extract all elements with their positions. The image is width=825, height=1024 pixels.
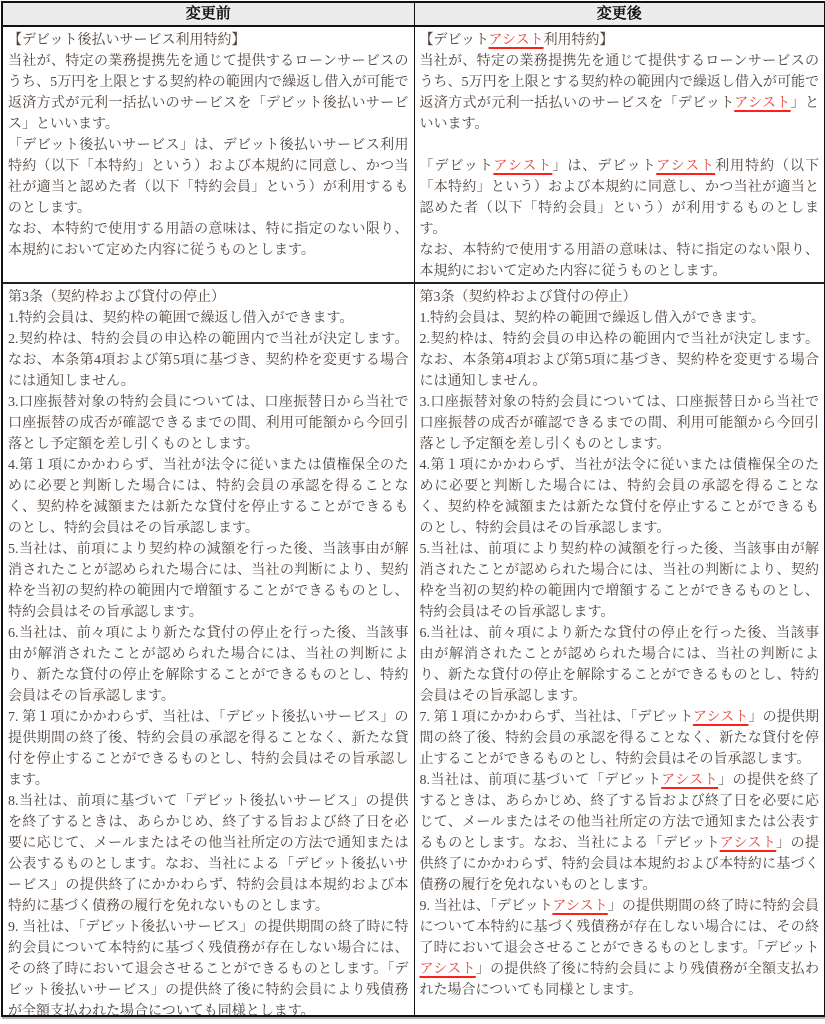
text-run: なお、本特約で使用する用語の意味は、特に指定のない限り、本規約において定めた内容… <box>420 243 820 279</box>
paragraph: 2.契約枠は、特約会員の申込枠の範囲内で当社が決定します。なお、本条第4項および… <box>420 329 820 392</box>
text-run: 1.特約会員は、契約枠の範囲で繰返し借入ができます。 <box>8 311 353 326</box>
text-run: 利用特約】 <box>544 33 614 48</box>
text-run: 5.当社は、前項により契約枠の減額を行った後、当該事由が解消されたことが認められ… <box>8 542 409 620</box>
cell-before-terms-intro: 【デビット後払いサービス利用特約】当社が、特定の業務提携先を通じて提供するローン… <box>3 27 414 282</box>
paragraph: 5.当社は、前項により契約枠の減額を行った後、当該事由が解消されたことが認められ… <box>8 539 409 623</box>
text-run: 」は、デビット <box>552 159 656 174</box>
paragraph: 4.第１項にかかわらず、当社が法令に従いまたは債権保全のために必要と判断した場合… <box>8 455 409 539</box>
paragraph: 【デビット後払いサービス利用特約】 <box>8 30 409 51</box>
text-run: 第3条（契約枠および貸付の停止） <box>420 290 637 305</box>
changed-text: アシスト <box>656 159 715 174</box>
text-run: 【デビット後払いサービス利用特約】 <box>8 33 245 48</box>
text-run: 当社が、特定の業務提携先を通じて提供するローンサービスのうち、5万円を上限とする… <box>8 54 409 132</box>
paragraph: 7. 第１項にかかわらず、当社は、「デビットアシスト」の提供期間の終了後、特約会… <box>420 707 820 770</box>
text-run: 9. 当社は、「デビット <box>420 899 553 914</box>
text-run: 【デビット <box>420 33 489 48</box>
paragraph: 6.当社は、前々項により新たな貸付の停止を行った後、当該事由が解消されたことが認… <box>8 623 409 707</box>
text-run: 2.契約枠は、特約会員の申込枠の範囲内で当社が決定します。なお、本条第4項および… <box>420 332 820 389</box>
paragraph: 5.当社は、前項により契約枠の減額を行った後、当該事由が解消されたことが認められ… <box>420 539 820 623</box>
column-header-after: 変更後 <box>414 3 825 25</box>
text-run: 5.当社は、前項により契約枠の減額を行った後、当該事由が解消されたことが認められ… <box>420 542 820 620</box>
paragraph: 「デビット後払いサービス」は、デビット後払いサービス利用特約（以下「本特約」とい… <box>8 135 409 219</box>
text-run: 6.当社は、前々項により新たな貸付の停止を行った後、当該事由が解消されたことが認… <box>8 626 409 704</box>
cell-after-terms-intro: 【デビットアシスト利用特約】当社が、特定の業務提携先を通じて提供するローンサービ… <box>414 27 825 282</box>
text-run: 2.契約枠は、特約会員の申込枠の範囲内で当社が決定します。なお、本条第4項および… <box>8 332 409 389</box>
document-page: 変更前 変更後 【デビット後払いサービス利用特約】当社が、特定の業務提携先を通じ… <box>0 0 825 1024</box>
text-run: 9. 当社は、「デビット後払いサービス」の提供期間の終了時に特約会員について本特… <box>8 920 409 1015</box>
text-run: なお、本特約で使用する用語の意味は、特に指定のない限り、本規約において定めた内容… <box>8 222 409 258</box>
text-run: 7. 第１項にかかわらず、当社は、「デビット後払いサービス」の提供期間の終了後、… <box>8 710 409 788</box>
paragraph <box>420 135 820 156</box>
changed-text: アシスト <box>693 710 749 725</box>
changed-text: アシスト <box>720 836 777 851</box>
text-run: 8.当社は、前項に基づいて「デビット <box>420 773 662 788</box>
paragraph: 第3条（契約枠および貸付の停止） <box>420 287 820 308</box>
text-run: 「デビット後払いサービス」は、デビット後払いサービス利用特約（以下「本特約」とい… <box>8 138 409 216</box>
text-run: 6.当社は、前々項により新たな貸付の停止を行った後、当該事由が解消されたことが認… <box>420 626 820 704</box>
text-run: 第3条（契約枠および貸付の停止） <box>8 290 225 305</box>
paragraph: 8.当社は、前項に基づいて「デビット後払いサービス」の提供を終了するときは、あら… <box>8 791 409 917</box>
paragraph: 1.特約会員は、契約枠の範囲で繰返し借入ができます。 <box>8 308 409 329</box>
changed-text: アシスト <box>552 899 607 914</box>
changed-text: アシスト <box>420 962 476 977</box>
change-comparison-table: 変更前 変更後 【デビット後払いサービス利用特約】当社が、特定の業務提携先を通じ… <box>1 1 825 1017</box>
text-run: 3.口座振替対象の特約会員については、口座振替日から当社で口座振替の成否が確認で… <box>420 395 820 452</box>
paragraph: 9. 当社は、「デビットアシスト」の提供期間の終了時に特約会員について本特約に基… <box>420 896 820 1001</box>
paragraph: 第3条（契約枠および貸付の停止） <box>8 287 409 308</box>
paragraph: 「デビットアシスト」は、デビットアシスト利用特約（以下「本特約」という）および本… <box>420 156 820 240</box>
cell-before-article-3: 第3条（契約枠および貸付の停止）1.特約会員は、契約枠の範囲で繰返し借入ができま… <box>3 284 414 1015</box>
text-run: 1.特約会員は、契約枠の範囲で繰返し借入ができます。 <box>420 311 765 326</box>
changed-text: アシスト <box>734 96 790 111</box>
text-run: 」の提供終了後に特約会員により残債務が全額支払われた場合についても同様とします。 <box>420 962 820 998</box>
paragraph: 3.口座振替対象の特約会員については、口座振替日から当社で口座振替の成否が確認で… <box>8 392 409 455</box>
paragraph: 【デビットアシスト利用特約】 <box>420 30 820 51</box>
text-run: 7. 第１項にかかわらず、当社は、「デビット <box>420 710 693 725</box>
table-row: 【デビット後払いサービス利用特約】当社が、特定の業務提携先を通じて提供するローン… <box>3 27 824 282</box>
changed-text: アシスト <box>661 773 718 788</box>
paragraph: 9. 当社は、「デビット後払いサービス」の提供期間の終了時に特約会員について本特… <box>8 917 409 1015</box>
paragraph: 3.口座振替対象の特約会員については、口座振替日から当社で口座振替の成否が確認で… <box>420 392 820 455</box>
cell-after-article-3: 第3条（契約枠および貸付の停止）1.特約会員は、契約枠の範囲で繰返し借入ができま… <box>414 284 825 1015</box>
text-run: 3.口座振替対象の特約会員については、口座振替日から当社で口座振替の成否が確認で… <box>8 395 409 452</box>
paragraph: 4.第１項にかかわらず、当社が法令に従いまたは債権保全のために必要と判断した場合… <box>420 455 820 539</box>
table-row: 第3条（契約枠および貸付の停止）1.特約会員は、契約枠の範囲で繰返し借入ができま… <box>3 282 824 1015</box>
paragraph: 当社が、特定の業務提携先を通じて提供するローンサービスのうち、5万円を上限とする… <box>420 51 820 135</box>
paragraph: なお、本特約で使用する用語の意味は、特に指定のない限り、本規約において定めた内容… <box>8 219 409 261</box>
column-header-before: 変更前 <box>3 3 414 25</box>
paragraph: 当社が、特定の業務提携先を通じて提供するローンサービスのうち、5万円を上限とする… <box>8 51 409 135</box>
paragraph: 6.当社は、前々項により新たな貸付の停止を行った後、当該事由が解消されたことが認… <box>420 623 820 707</box>
table-header-row: 変更前 変更後 <box>3 3 824 27</box>
paragraph: なお、本特約で使用する用語の意味は、特に指定のない限り、本規約において定めた内容… <box>420 240 820 282</box>
text-run: 「デビット <box>420 159 494 174</box>
paragraph: 1.特約会員は、契約枠の範囲で繰返し借入ができます。 <box>420 308 820 329</box>
text-run: 4.第１項にかかわらず、当社が法令に従いまたは債権保全のために必要と判断した場合… <box>8 458 409 536</box>
paragraph: 2.契約枠は、特約会員の申込枠の範囲内で当社が決定します。なお、本条第4項および… <box>8 329 409 392</box>
paragraph: 8.当社は、前項に基づいて「デビットアシスト」の提供を終了するときは、あらかじめ… <box>420 770 820 896</box>
changed-text: アシスト <box>493 159 552 174</box>
text-run: 4.第１項にかかわらず、当社が法令に従いまたは債権保全のために必要と判断した場合… <box>420 458 820 536</box>
paragraph: 7. 第１項にかかわらず、当社は、「デビット後払いサービス」の提供期間の終了後、… <box>8 707 409 791</box>
changed-text: アシスト <box>489 33 544 48</box>
text-run: 8.当社は、前項に基づいて「デビット後払いサービス」の提供を終了するときは、あら… <box>8 794 409 914</box>
